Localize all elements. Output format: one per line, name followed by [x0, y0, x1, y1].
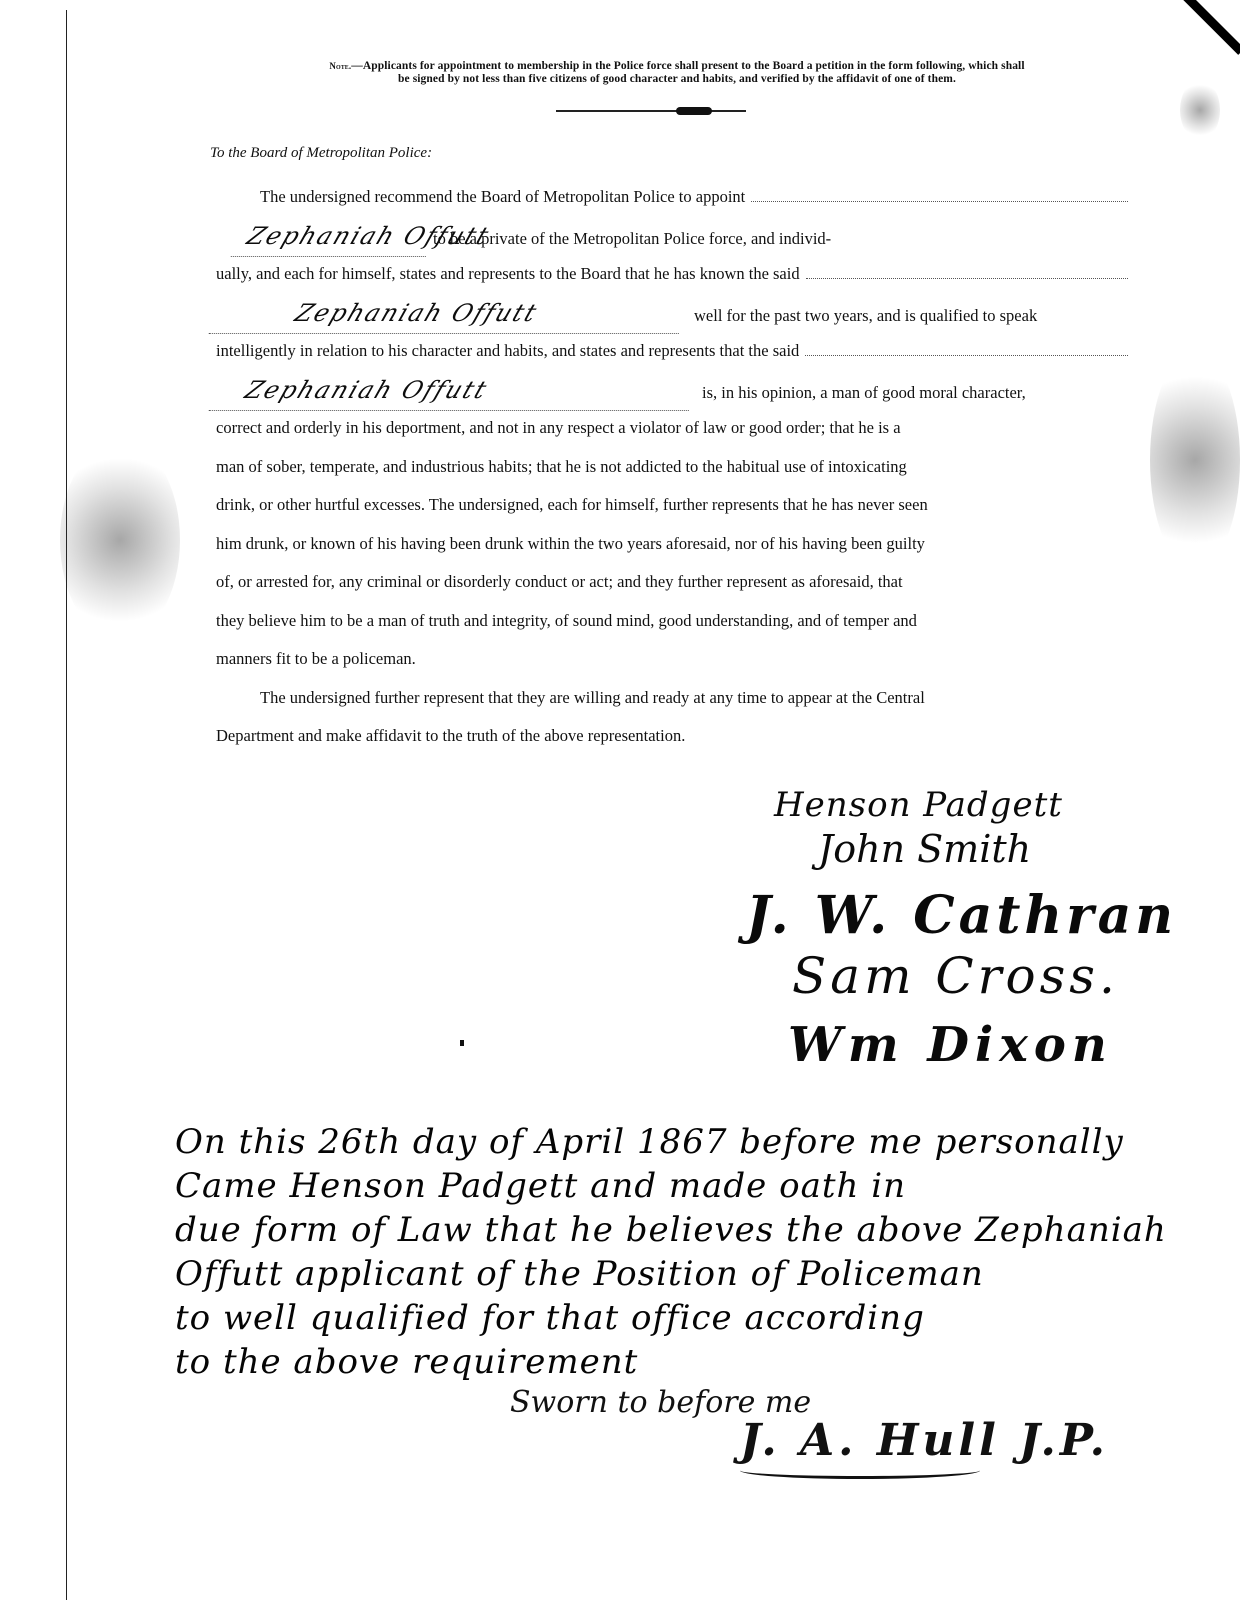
affidavit-line: Came Henson Padgett and made oath in: [175, 1164, 1215, 1208]
blank-dotted-line: [806, 256, 1128, 279]
form-text: manners fit to be a policeman.: [216, 640, 416, 679]
blank-dotted-line: [805, 333, 1128, 356]
applicant-name-field: Zephaniah Offutt: [209, 371, 703, 411]
note-text-line-1: —Applicants for appointment to membershi…: [351, 60, 1024, 72]
form-line: manners fit to be a policeman.: [216, 640, 1128, 679]
justice-of-peace-signature: J. A. Hull J.P.: [740, 1415, 1109, 1466]
form-text: Department and make affidavit to the tru…: [216, 717, 685, 756]
form-text: man of sober, temperate, and industrious…: [216, 448, 907, 487]
form-line: they believe him to be a man of truth an…: [216, 602, 1128, 641]
ink-mark: [460, 1040, 464, 1046]
form-text: correct and orderly in his deportment, a…: [216, 409, 901, 448]
form-note: Note.—Applicants for appointment to memb…: [232, 60, 1122, 86]
corner-scan-mark: [1182, 0, 1240, 55]
form-line: correct and orderly in his deportment, a…: [216, 409, 1128, 448]
form-text: intelligently in relation to his charact…: [216, 332, 799, 371]
form-line: ually, and each for himself, states and …: [216, 255, 1128, 294]
form-text: him drunk, or known of his having been d…: [216, 525, 925, 564]
form-line: Department and make affidavit to the tru…: [216, 717, 1128, 756]
form-text: well for the past two years, and is qual…: [694, 297, 1037, 336]
form-line: him drunk, or known of his having been d…: [216, 525, 1128, 564]
signature-flourish: [740, 1462, 980, 1479]
form-text: of, or arrested for, any criminal or dis…: [216, 563, 903, 602]
left-margin-rule: [66, 10, 67, 1600]
signature: John Smith: [818, 827, 1031, 871]
form-text: The undersigned recommend the Board of M…: [260, 178, 745, 217]
scan-speckle: [60, 440, 180, 640]
affidavit-line: due form of Law that he believes the abo…: [175, 1208, 1215, 1252]
affidavit-line: to well qualified for that office accord…: [175, 1296, 1215, 1340]
form-line: man of sober, temperate, and industrious…: [216, 448, 1128, 487]
salutation: To the Board of Metropolitan Police:: [210, 145, 432, 162]
form-line: drink, or other hurtful excesses. The un…: [216, 486, 1128, 525]
petition-body: The undersigned recommend the Board of M…: [216, 178, 1128, 756]
applicant-name-field: Zephaniah Offutt: [209, 294, 693, 334]
form-line: intelligently in relation to his charact…: [216, 332, 1128, 371]
form-text: ually, and each for himself, states and …: [216, 255, 800, 294]
affidavit-line: On this 26th day of April 1867 before me…: [175, 1120, 1215, 1164]
scanned-document-page: Note.—Applicants for appointment to memb…: [0, 0, 1240, 1615]
affidavit-line: Offutt applicant of the Position of Poli…: [175, 1252, 1215, 1296]
form-text: drink, or other hurtful excesses. The un…: [216, 486, 928, 525]
signature: Wm Dixon: [788, 1017, 1113, 1073]
signature: Sam Cross.: [792, 947, 1119, 1005]
note-label: Note.: [329, 61, 351, 71]
form-line: Zephaniah Offuttto be a private of the M…: [216, 217, 1128, 256]
form-line: Zephaniah Offuttwell for the past two ye…: [216, 294, 1128, 333]
form-text: is, in his opinion, a man of good moral …: [702, 374, 1026, 413]
form-text: The undersigned further represent that t…: [260, 679, 925, 718]
scan-speckle: [1150, 350, 1240, 570]
blank-dotted-line: [751, 179, 1128, 202]
form-line: The undersigned further represent that t…: [216, 679, 1128, 718]
affidavit-line: to the above requirement: [175, 1340, 1215, 1384]
form-text: they believe him to be a man of truth an…: [216, 602, 917, 641]
handwritten-affidavit: On this 26th day of April 1867 before me…: [175, 1120, 1215, 1384]
signature: J. W. Cathran: [746, 885, 1177, 946]
scan-speckle: [1180, 80, 1220, 140]
applicant-name-field: Zephaniah Offutt: [231, 217, 440, 257]
ornamental-divider: [556, 110, 746, 112]
note-text-line-2: be signed by not less than five citizens…: [232, 73, 1122, 86]
signature: Henson Padgett: [774, 785, 1063, 825]
form-line: The undersigned recommend the Board of M…: [216, 178, 1128, 217]
form-line: of, or arrested for, any criminal or dis…: [216, 563, 1128, 602]
form-line: Zephaniah Offuttis, in his opinion, a ma…: [216, 371, 1128, 410]
